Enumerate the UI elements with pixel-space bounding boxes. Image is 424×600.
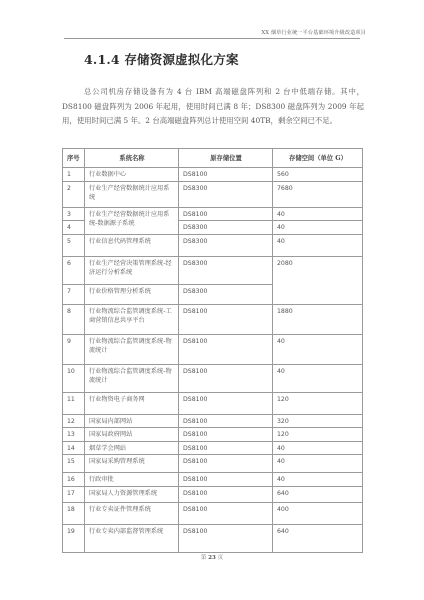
cell-location: DS8100 [179, 304, 273, 334]
cell-no: 12 [63, 414, 85, 428]
table-row: 15 国家局采购管理系统 DS8100 40 [63, 455, 363, 473]
table-row: 14 烟草学会网站 DS8100 40 [63, 441, 363, 455]
cell-no: 16 [63, 473, 85, 487]
cell-location: DS8100 [179, 207, 273, 221]
cell-space: 400 [273, 502, 363, 524]
cell-location: DS8300 [179, 181, 273, 207]
cell-no: 6 [63, 256, 85, 284]
table-row: 12 国家局内部网站 DS8100 320 [63, 414, 363, 428]
cell-name: 行业生产经营决策管理系统-经济运行分析系统 [85, 256, 179, 284]
cell-no: 5 [63, 234, 85, 256]
cell-name: 行业专卖证件管理系统 [85, 502, 179, 524]
cell-space: 40 [273, 441, 363, 455]
cell-name: 国家局内部网站 [85, 414, 179, 428]
header-divider [64, 38, 360, 39]
cell-name: 行业物流综合监管调度系统-物流统计 [85, 334, 179, 364]
cell-name: 行业物流综合监管调度系统-物流统计 [85, 364, 179, 392]
table-row: 11 行业物资电子商务网 DS8100 120 [63, 392, 363, 414]
footer-suffix: 页 [218, 555, 224, 561]
cell-no: 18 [63, 502, 85, 524]
header-no: 序号 [63, 149, 85, 168]
table-row: 3 行业生产经营数据统计应用系统-数据源子系统 DS8100 40 [63, 207, 363, 221]
table-row: 8 行业物流综合监管调度系统-工商营销信息共享平台 DS8100 1880 [63, 304, 363, 334]
cell-location: DS8100 [179, 428, 273, 442]
cell-location: DS8100 [179, 392, 273, 414]
cell-no: 2 [63, 181, 85, 207]
cell-location: DS8100 [179, 441, 273, 455]
table-row: 19 行业专卖内部监督管理系统 DS8100 640 [63, 524, 363, 552]
table-row: 13 国家局政府网站 DS8100 120 [63, 428, 363, 442]
cell-no: 3 [63, 207, 85, 221]
footer-prefix: 第 [201, 555, 207, 561]
page-footer: 第 23 页 [0, 553, 424, 561]
cell-location: DS8300 [179, 234, 273, 256]
cell-name: 行业价格管理分析系统 [85, 284, 179, 304]
cell-space: 40 [273, 455, 363, 473]
cell-location: DS8100 [179, 168, 273, 182]
cell-space: 1880 [273, 304, 363, 334]
table-row: 2 行业生产经营数据统计应用系统 DS8300 7680 [63, 181, 363, 207]
cell-name: 行业物流综合监管调度系统-工商营销信息共享平台 [85, 304, 179, 334]
header-location: 原存储位置 [179, 149, 273, 168]
cell-space: 120 [273, 392, 363, 414]
cell-no: 10 [63, 364, 85, 392]
cell-name: 行业专卖内部监督管理系统 [85, 524, 179, 552]
cell-space: 320 [273, 414, 363, 428]
table-row: 6 行业生产经营决策管理系统-经济运行分析系统 DS8300 2080 [63, 256, 363, 284]
page-number: 23 [208, 555, 216, 561]
cell-no: 11 [63, 392, 85, 414]
header-space: 存储空间（单位 G） [273, 149, 363, 168]
cell-space: 40 [273, 364, 363, 392]
cell-location: DS8100 [179, 502, 273, 524]
table-row: 17 国家局人力资源管理系统 DS8100 640 [63, 486, 363, 502]
cell-location: DS8100 [179, 473, 273, 487]
table-row: 9 行业物流综合监管调度系统-物流统计 DS8100 40 [63, 334, 363, 364]
cell-name: 行业物资电子商务网 [85, 392, 179, 414]
cell-name: 烟草学会网站 [85, 441, 179, 455]
cell-location: DS8100 [179, 524, 273, 552]
cell-no: 14 [63, 441, 85, 455]
cell-no: 8 [63, 304, 85, 334]
table-row: 5 行业信息代码管理系统 DS8300 40 [63, 234, 363, 256]
cell-space: 640 [273, 486, 363, 502]
cell-space: 120 [273, 428, 363, 442]
cell-space: 7680 [273, 181, 363, 207]
table-row: 18 行业专卖证件管理系统 DS8100 400 [63, 502, 363, 524]
cell-location: DS8100 [179, 455, 273, 473]
cell-location: DS8100 [179, 364, 273, 392]
header-system-name: 系统名称 [85, 149, 179, 168]
cell-no: 15 [63, 455, 85, 473]
cell-space: 40 [273, 221, 363, 235]
cell-name: 国家局采购管理系统 [85, 455, 179, 473]
storage-table: 序号 系统名称 原存储位置 存储空间（单位 G） 1 行业数据中心 DS8100… [62, 148, 363, 553]
cell-name-merged: 行业生产经营数据统计应用系统-数据源子系统 [85, 207, 179, 234]
cell-name: 国家局人力资源管理系统 [85, 486, 179, 502]
cell-location: DS8300 [179, 256, 273, 284]
cell-space: 40 [273, 234, 363, 256]
cell-location: DS8300 [179, 284, 273, 304]
table-row: 1 行业数据中心 DS8100 560 [63, 168, 363, 182]
cell-space: 40 [273, 334, 363, 364]
cell-space: 40 [273, 473, 363, 487]
cell-location: DS8100 [179, 414, 273, 428]
cell-name: 行业信息代码管理系统 [85, 234, 179, 256]
table-header-row: 序号 系统名称 原存储位置 存储空间（单位 G） [63, 149, 363, 168]
cell-space: 560 [273, 168, 363, 182]
cell-name: 行业生产经营数据统计应用系统 [85, 181, 179, 207]
page-header: XX 烟草行业统一平台基础环境升级改造项目 [216, 29, 366, 36]
cell-location: DS8100 [179, 486, 273, 502]
cell-name: 国家局政府网站 [85, 428, 179, 442]
cell-space-merged: 2080 [273, 256, 363, 304]
cell-no: 7 [63, 284, 85, 304]
cell-no: 17 [63, 486, 85, 502]
cell-no: 19 [63, 524, 85, 552]
cell-space: 640 [273, 524, 363, 552]
cell-no: 4 [63, 221, 85, 235]
table-row: 16 行政审批 DS8100 40 [63, 473, 363, 487]
table-row: 10 行业物流综合监管调度系统-物流统计 DS8100 40 [63, 364, 363, 392]
cell-space: 40 [273, 207, 363, 221]
cell-no: 9 [63, 334, 85, 364]
cell-name: 行业数据中心 [85, 168, 179, 182]
cell-no: 13 [63, 428, 85, 442]
cell-location: DS8300 [179, 221, 273, 235]
body-paragraph: 总公司机房存储设备有为 4 台 IBM 高端磁盘阵列和 2 台中低端存储。其中，… [62, 85, 364, 129]
section-title: 4.1.4 存储资源虚拟化方案 [84, 50, 239, 68]
cell-location: DS8100 [179, 334, 273, 364]
cell-no: 1 [63, 168, 85, 182]
cell-name: 行政审批 [85, 473, 179, 487]
